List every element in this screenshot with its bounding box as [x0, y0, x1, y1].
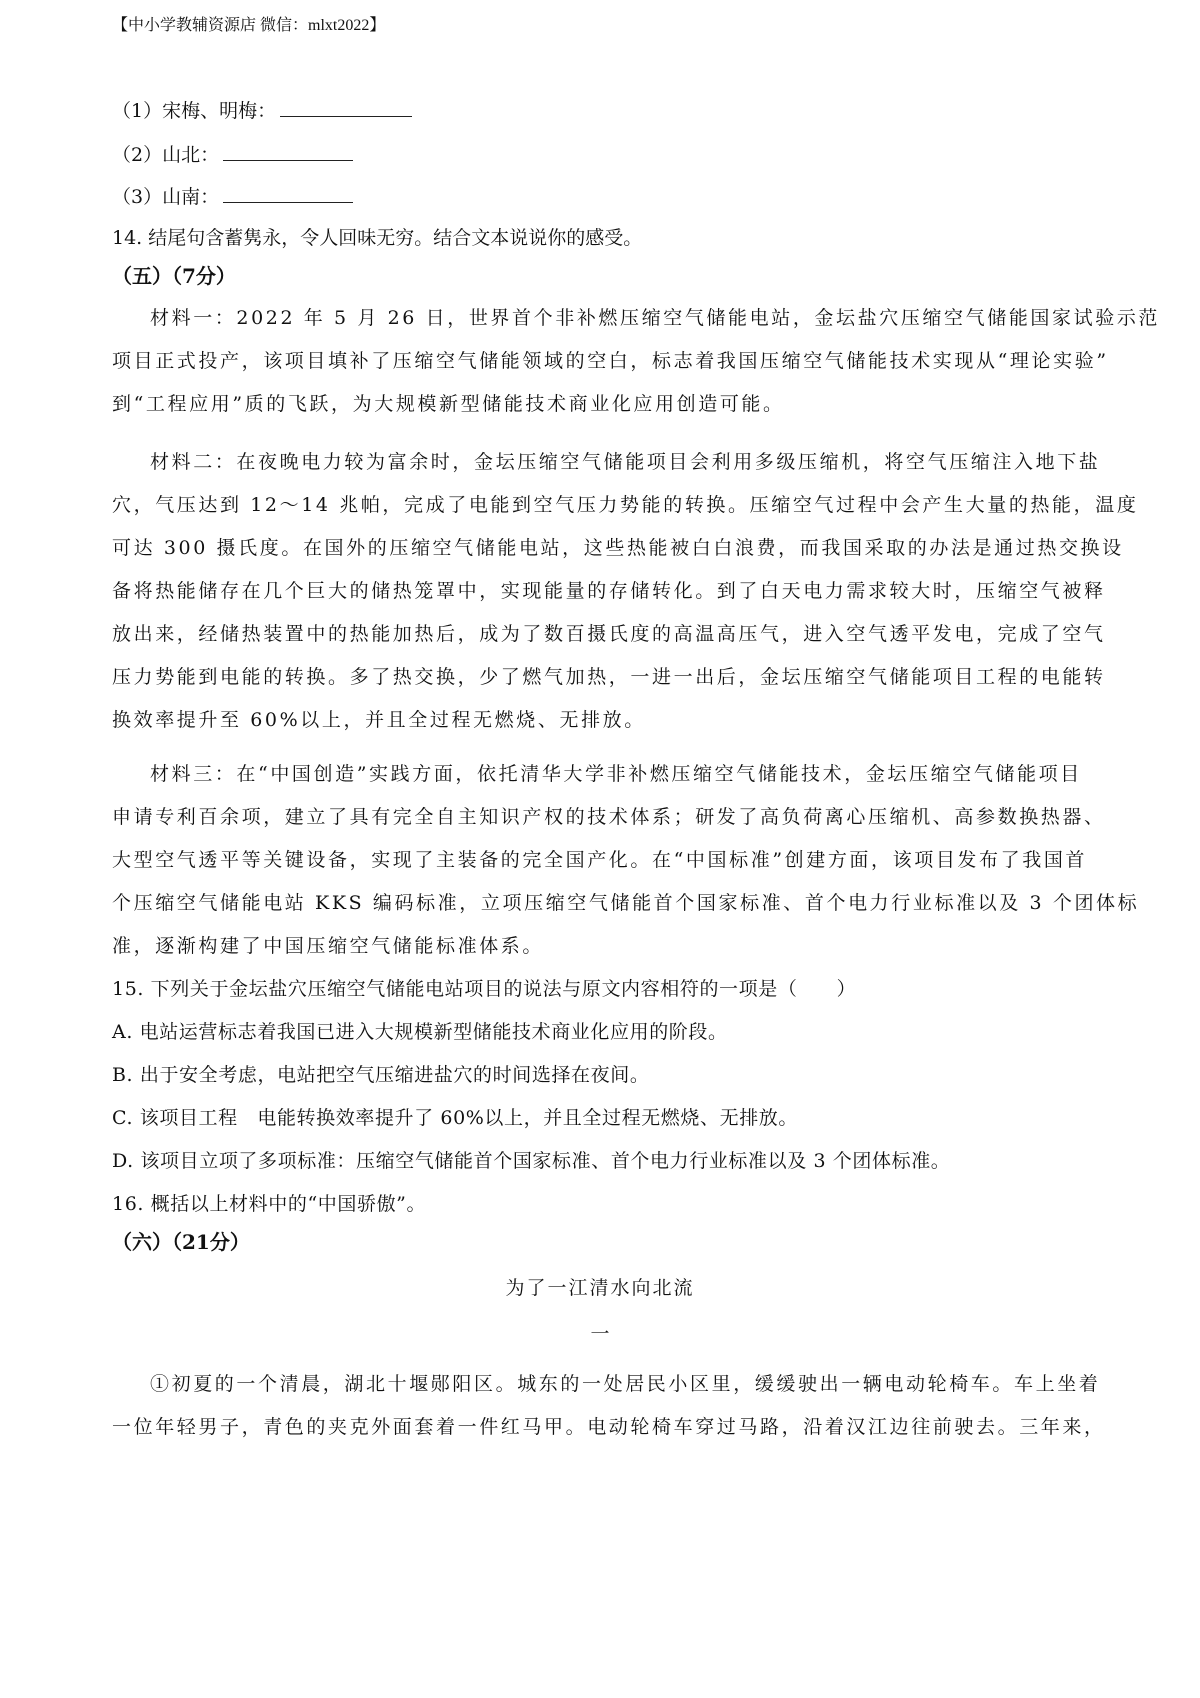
- material-2-line-5: 放出来，经储热装置中的热能加热后，成为了数百摄氏度的高温高压气，进入空气透平发电…: [112, 622, 1106, 646]
- q13-item-1: （1）宋梅、明梅：: [112, 98, 412, 123]
- section-5-heading: （五）（7分）: [112, 264, 236, 288]
- paragraph-1-line-2: 一位年轻男子，青色的夹克外面套着一件红马甲。电动轮椅车穿过马路，沿着汉江边往前驶…: [112, 1415, 1106, 1439]
- material-3-line-4: 个压缩空气储能电站 KKS 编码标准，立项压缩空气储能首个国家标准、首个电力行业…: [112, 891, 1139, 915]
- question-15-option-c[interactable]: C. 该项目工程 电能转换效率提升了 60%以上，并且全过程无燃烧、无排放。: [112, 1106, 798, 1130]
- question-16: 16. 概括以上材料中的“中国骄傲”。: [112, 1192, 426, 1216]
- material-1-line-2: 项目正式投产，该项目填补了压缩空气储能领域的空白，标志着我国压缩空气储能技术实现…: [112, 349, 1109, 373]
- watermark-header: 【中小学教辅资源店 微信：mlxt2022】: [112, 14, 385, 38]
- question-15-option-a[interactable]: A. 电站运营标志着我国已进入大规模新型储能技术商业化应用的阶段。: [112, 1020, 728, 1044]
- question-15-option-d[interactable]: D. 该项目立项了多项标准：压缩空气储能首个国家标准、首个电力行业标准以及 3 …: [112, 1149, 950, 1173]
- answer-blank-1[interactable]: [280, 98, 412, 117]
- q13-item-2-label: （2）山北：: [112, 144, 219, 166]
- material-3-line-3: 大型空气透平等关键设备，实现了主装备的完全国产化。在“中国标准”创建方面，该项目…: [112, 848, 1087, 872]
- section-6-heading: （六）（21分）: [112, 1230, 250, 1254]
- material-3-line-5: 准，逐渐构建了中国压缩空气储能标准体系。: [112, 934, 544, 958]
- q13-item-3: （3）山南：: [112, 184, 353, 209]
- article-title: 为了一江清水向北流: [0, 1276, 1200, 1300]
- answer-blank-3[interactable]: [223, 184, 353, 203]
- paragraph-1-line-1: ①初夏的一个清晨，湖北十堰郧阳区。城东的一处居民小区里，缓缓驶出一辆电动轮椅车。…: [150, 1372, 1100, 1396]
- material-3-line-2: 申请专利百余项，建立了具有完全自主知识产权的技术体系；研发了高负荷离心压缩机、高…: [112, 805, 1106, 829]
- question-14: 14. 结尾句含蓄隽永，令人回味无穷。结合文本说说你的感受。: [112, 226, 642, 250]
- material-2-line-7: 换效率提升至 60%以上，并且全过程无燃烧、无排放。: [112, 708, 646, 732]
- material-2-line-3: 可达 300 摄氏度。在国外的压缩空气储能电站，这些热能被白白浪费，而我国采取的…: [112, 536, 1124, 560]
- chapter-number: 一: [0, 1322, 1200, 1346]
- material-2-line-4: 备将热能储存在几个巨大的储热笼罩中，实现能量的存储转化。到了白天电力需求较大时，…: [112, 579, 1106, 603]
- q13-item-1-label: （1）宋梅、明梅：: [112, 100, 276, 122]
- material-2-line-1: 材料二：在夜晚电力较为富余时，金坛压缩空气储能项目会利用多级压缩机，将空气压缩注…: [150, 450, 1100, 474]
- q13-item-3-label: （3）山南：: [112, 186, 219, 208]
- material-3-line-1: 材料三：在“中国创造”实践方面，依托清华大学非补燃压缩空气储能技术，金坛压缩空气…: [150, 762, 1082, 786]
- material-2-line-2: 穴，气压达到 12～14 兆帕，完成了电能到空气压力势能的转换。压缩空气过程中会…: [112, 493, 1138, 517]
- material-1-line-1: 材料一：2022 年 5 月 26 日，世界首个非补燃压缩空气储能电站，金坛盐穴…: [150, 306, 1160, 330]
- answer-blank-2[interactable]: [223, 142, 353, 161]
- material-2-line-6: 压力势能到电能的转换。多了热交换，少了燃气加热，一进一出后，金坛压缩空气储能项目…: [112, 665, 1106, 689]
- q13-item-2: （2）山北：: [112, 142, 353, 167]
- question-15-option-b[interactable]: B. 出于安全考虑，电站把空气压缩进盐穴的时间选择在夜间。: [112, 1063, 649, 1087]
- question-15-stem: 15. 下列关于金坛盐穴压缩空气储能电站项目的说法与原文内容相符的一项是（ ）: [112, 977, 856, 1001]
- material-1-line-3: 到“工程应用”质的飞跃，为大规模新型储能技术商业化应用创造可能。: [112, 392, 785, 416]
